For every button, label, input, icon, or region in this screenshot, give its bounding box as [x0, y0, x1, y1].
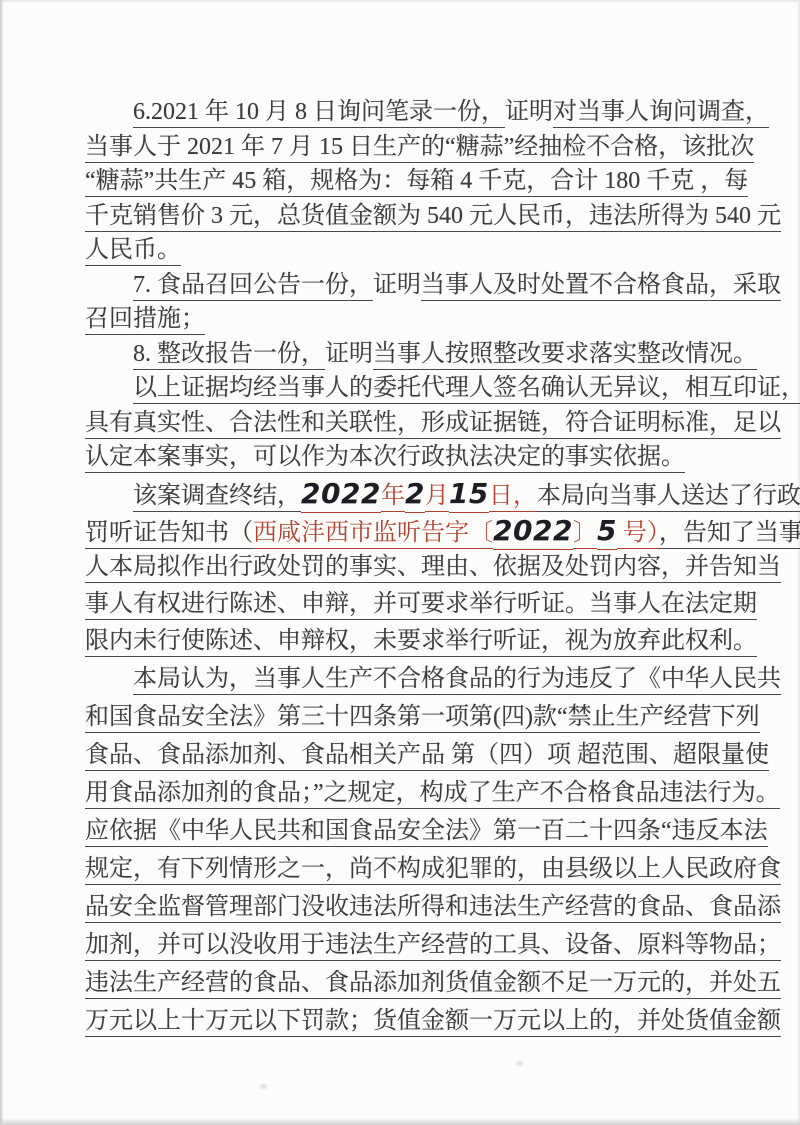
document-line: 8. 整改报告一份，证明当事人按照整改要求落实整改情况。	[85, 337, 737, 372]
document-line: 和国食品安全法》第三十四条第一项第(四)款“禁止生产经营下列	[85, 698, 737, 736]
proves-label: 证明	[325, 341, 373, 367]
evidence-7-detail: 当事人及时处置不合格食品，采取	[421, 272, 781, 301]
handwritten-month: 2	[405, 477, 425, 513]
body-text: 品安全监督管理部门没收违法所得和违法生产经营的食品、食品添	[85, 894, 781, 923]
document-line: 万元以上十万元以下罚款；货值金额一万元以上的，并处货值金额	[85, 1002, 737, 1040]
page-edge-left	[0, 0, 4, 1125]
document-line: 召回措施；	[85, 302, 737, 337]
document-line: 罚听证告知书（西咸沣西市监听告字〔2022〕5 号），告知了当事	[85, 512, 737, 549]
case-number-red: 〕	[573, 520, 597, 549]
paragraph-group-legal-findings-and-basis: 本局认为，当事人生产不合格食品的行为违反了《中华人民共和国食品安全法》第三十四条…	[85, 660, 737, 1040]
document-line: 具有真实性、合法性和关联性，形成证据链，符合证明标准，足以	[85, 406, 737, 441]
handwritten-case-serial: 5	[597, 514, 617, 550]
body-text: 当事人于 2021 年 7 月 15 日生产的“糖蒜”经抽检不合格，该批次	[85, 134, 754, 163]
document-line: “糖蒜”共生产 45 箱，规格为：每箱 4 千克，合计 180 千克 ，每	[85, 164, 737, 199]
document-line: 当事人于 2021 年 7 月 15 日生产的“糖蒜”经抽检不合格，该批次	[85, 130, 737, 165]
printed-red-date-unit: 日，	[489, 483, 537, 512]
document-line: 违法生产经营的食品、食品添加剂货值金额不足一万元的，并处五	[85, 964, 737, 1002]
body-text: 用食品添加剂的食品；”之规定，构成了生产不合格食品违法行为。	[85, 780, 780, 809]
body-text: 千克销售价 3 元，总货值金额为 540 元人民币，违法所得为 540 元	[85, 203, 781, 232]
proves-label: 证明	[373, 272, 421, 298]
body-text: 人民币。	[85, 237, 181, 266]
paragraph-group-hearing-notice: 该案调查终结，2022年2月15日，本局向当事人送达了行政处罚听证告知书（西咸沣…	[85, 475, 737, 660]
document-line: 用食品添加剂的食品；”之规定，构成了生产不合格食品违法行为。	[85, 774, 737, 812]
body-text: 加剂，并可以没收用于违法生产经营的工具、设备、原料等物品；	[85, 932, 781, 961]
evidence-8-title: 8. 整改报告一份，	[133, 341, 325, 370]
body-text: 该案调查终结，	[133, 483, 301, 512]
body-text: 以上证据均经当事人的委托代理人签名确认无异议，相互印证，	[133, 375, 800, 404]
body-text: 人本局拟作出行政处罚的事实、理由、依据及处罚内容，并告知当	[85, 554, 781, 583]
document-line: 人本局拟作出行政处罚的事实、理由、依据及处罚内容，并告知当	[85, 549, 737, 586]
body-text: 认定本案事实，可以作为本次行政执法决定的事实依据。	[85, 444, 685, 473]
body-text: 规定，有下列情形之一，尚不构成犯罪的，由县级以上人民政府食	[85, 856, 781, 885]
body-text: 万元以上十万元以下罚款；货值金额一万元以上的，并处货值金额	[85, 1008, 781, 1037]
body-text: 本局向当事人送达了行政处	[537, 483, 800, 512]
evidence-8-detail: 当事人按照整改要求落实整改情况。	[373, 341, 757, 370]
body-text: 违法生产经营的食品、食品添加剂货值金额不足一万元的，并处五	[85, 970, 781, 999]
evidence-6-detail: 对当事人询问调查，	[553, 99, 769, 128]
document-line: 品安全监督管理部门没收违法所得和违法生产经营的食品、食品添	[85, 888, 737, 926]
page-edge-bottom	[0, 1118, 800, 1125]
document-line: 规定，有下列情形之一，尚不构成犯罪的，由县级以上人民政府食	[85, 850, 737, 888]
scan-speck	[516, 1061, 523, 1066]
evidence-7-title: 7. 食品召回公告一份，	[133, 272, 373, 301]
document-line: 食品、食品添加剂、食品相关产品 第（四）项 超范围、超限量使	[85, 736, 737, 774]
body-text: ，告知了当事	[659, 520, 800, 549]
printed-red-date-unit: 年	[381, 483, 405, 512]
body-text: 限内未行使陈述、申辩权，未要求举行听证，视为放弃此权利。	[85, 628, 757, 657]
body-text: 食品、食品添加剂、食品相关产品 第（四）项 超范围、超限量使	[85, 742, 769, 771]
handwritten-case-year: 2022	[493, 514, 573, 550]
document-line: 事人有权进行陈述、申辩，并可要求举行听证。当事人在法定期	[85, 586, 737, 623]
body-text: 召回措施；	[85, 306, 205, 335]
body-text: 事人有权进行陈述、申辩，并可要求举行听证。当事人在法定期	[85, 591, 757, 620]
document-body: 6.2021 年 10 月 8 日询问笔录一份，证明对当事人询问调查，当事人于 …	[85, 95, 737, 1040]
page-edge-top	[0, 0, 800, 3]
document-line: 以上证据均经当事人的委托代理人签名确认无异议，相互印证，	[85, 371, 737, 406]
scanned-document-page: 6.2021 年 10 月 8 日询问笔录一份，证明对当事人询问调查，当事人于 …	[0, 0, 800, 1125]
document-line: 千克销售价 3 元，总货值金额为 540 元人民币，违法所得为 540 元	[85, 199, 737, 234]
paragraph-group-evidence-list-and-confirmation: 6.2021 年 10 月 8 日询问笔录一份，证明对当事人询问调查，当事人于 …	[85, 95, 737, 475]
scan-speck	[260, 1084, 267, 1089]
printed-red-date-unit: 月	[425, 483, 449, 512]
document-line: 本局认为，当事人生产不合格食品的行为违反了《中华人民共	[85, 660, 737, 698]
body-text: 罚听证告知书（	[85, 520, 253, 549]
document-line: 人民币。	[85, 233, 737, 268]
document-line: 7. 食品召回公告一份，证明当事人及时处置不合格食品，采取	[85, 268, 737, 303]
document-line: 加剂，并可以没收用于违法生产经营的工具、设备、原料等物品；	[85, 926, 737, 964]
document-line: 限内未行使陈述、申辩权，未要求举行听证，视为放弃此权利。	[85, 623, 737, 660]
case-number-red: 号）	[617, 520, 659, 549]
document-line: 应依据《中华人民共和国食品安全法》第一百二十四条“违反本法	[85, 812, 737, 850]
body-text: “糖蒜”共生产 45 箱，规格为：每箱 4 千克，合计 180 千克 ，每	[85, 168, 748, 197]
evidence-6-title: 6.2021 年 10 月 8 日询问笔录一份，	[133, 99, 505, 128]
body-text: 具有真实性、合法性和关联性，形成证据链，符合证明标准，足以	[85, 410, 781, 439]
document-line: 该案调查终结，2022年2月15日，本局向当事人送达了行政处	[85, 475, 737, 512]
proves-label: 证明	[505, 99, 553, 125]
handwritten-day: 15	[449, 477, 489, 513]
body-text: 本局认为，当事人生产不合格食品的行为违反了《中华人民共	[133, 666, 781, 695]
document-line: 6.2021 年 10 月 8 日询问笔录一份，证明对当事人询问调查，	[85, 95, 737, 130]
handwritten-year: 2022	[301, 477, 381, 513]
document-line: 认定本案事实，可以作为本次行政执法决定的事实依据。	[85, 440, 737, 475]
case-number-red: 西咸沣西市监听告字〔	[253, 520, 493, 549]
body-text: 应依据《中华人民共和国食品安全法》第一百二十四条“违反本法	[85, 818, 768, 847]
body-text: 和国食品安全法》第三十四条第一项第(四)款“禁止生产经营下列	[85, 704, 760, 733]
